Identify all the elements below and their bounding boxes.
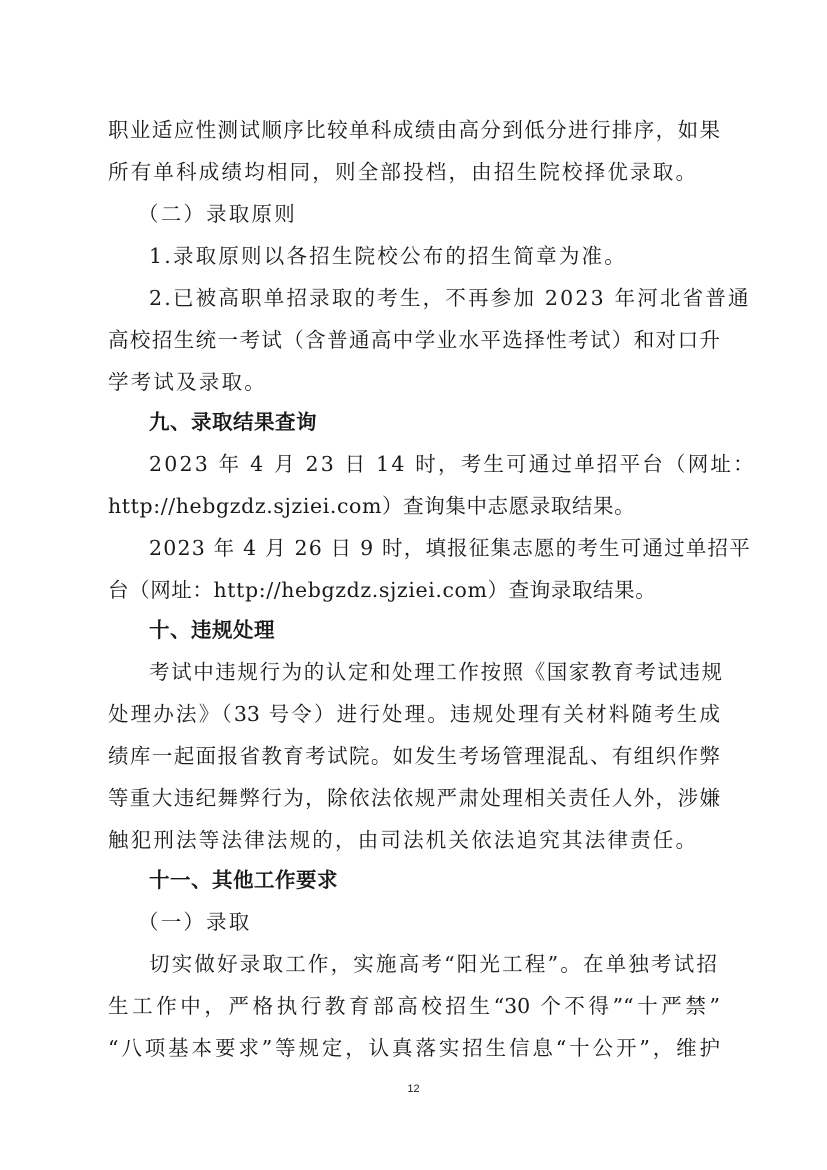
paragraph-line: 学考试及录取。 (108, 369, 267, 395)
paragraph-line: 切实做好录取工作，实施高考“阳光工程”。在单独考试招 (149, 951, 719, 977)
paragraph-line: 1.录取原则以各招生院校公布的招生简章为准。 (149, 243, 627, 269)
paragraph-line: 台（网址：http://hebgzdz.sjziei.com）查询录取结果。 (108, 577, 656, 603)
paragraph-line: 高校招生统一考试（含普通高中学业水平选择性考试）和对口升 (108, 327, 720, 353)
paragraph-line: 职业适应性测试顺序比较单科成绩由高分到低分进行排序，如果 (108, 117, 720, 143)
paragraph-line: 处理办法》（33 号令）进行处理。违规处理有关材料随考生成 (108, 701, 720, 727)
section-heading: 九、录取结果查询 (149, 409, 317, 435)
paragraph-line: 2023 年 4 月 26 日 9 时，填报征集志愿的考生可通过单招平 (149, 535, 751, 561)
subsection-heading: （二）录取原则 (138, 201, 297, 227)
subsection-heading: （一）录取 (138, 909, 252, 935)
section-heading: 十、违规处理 (149, 617, 275, 643)
section-heading: 十一、其他工作要求 (149, 867, 338, 893)
paragraph-line: 2023 年 4 月 23 日 14 时，考生可通过单招平台（网址： (149, 451, 756, 477)
paragraph-line: “八项基本要求”等规定，认真落实招生信息“十公开”，维护 (108, 1035, 720, 1061)
paragraph-line: 考试中违规行为的认定和处理工作按照《国家教育考试违规 (149, 659, 724, 685)
paragraph-line: 生工作中，严格执行教育部高校招生“30 个不得”“十严禁” (108, 993, 720, 1019)
paragraph-line: http://hebgzdz.sjziei.com）查询集中志愿录取结果。 (108, 493, 635, 519)
paragraph-line: 触犯刑法等法律法规的，由司法机关依法追究其法律责任。 (108, 827, 698, 853)
page-number: 12 (0, 1083, 827, 1095)
paragraph-line: 绩库一起面报省教育考试院。如发生考场管理混乱、有组织作弊 (108, 743, 720, 769)
paragraph-line: 所有单科成绩均相同，则全部投档，由招生院校择优录取。 (108, 159, 698, 185)
paragraph-line: 等重大违纪舞弊行为，除依法依规严肃处理相关责任人外，涉嫌 (108, 785, 720, 811)
paragraph-line: 2.已被高职单招录取的考生，不再参加 2023 年河北省普通 (149, 285, 751, 311)
